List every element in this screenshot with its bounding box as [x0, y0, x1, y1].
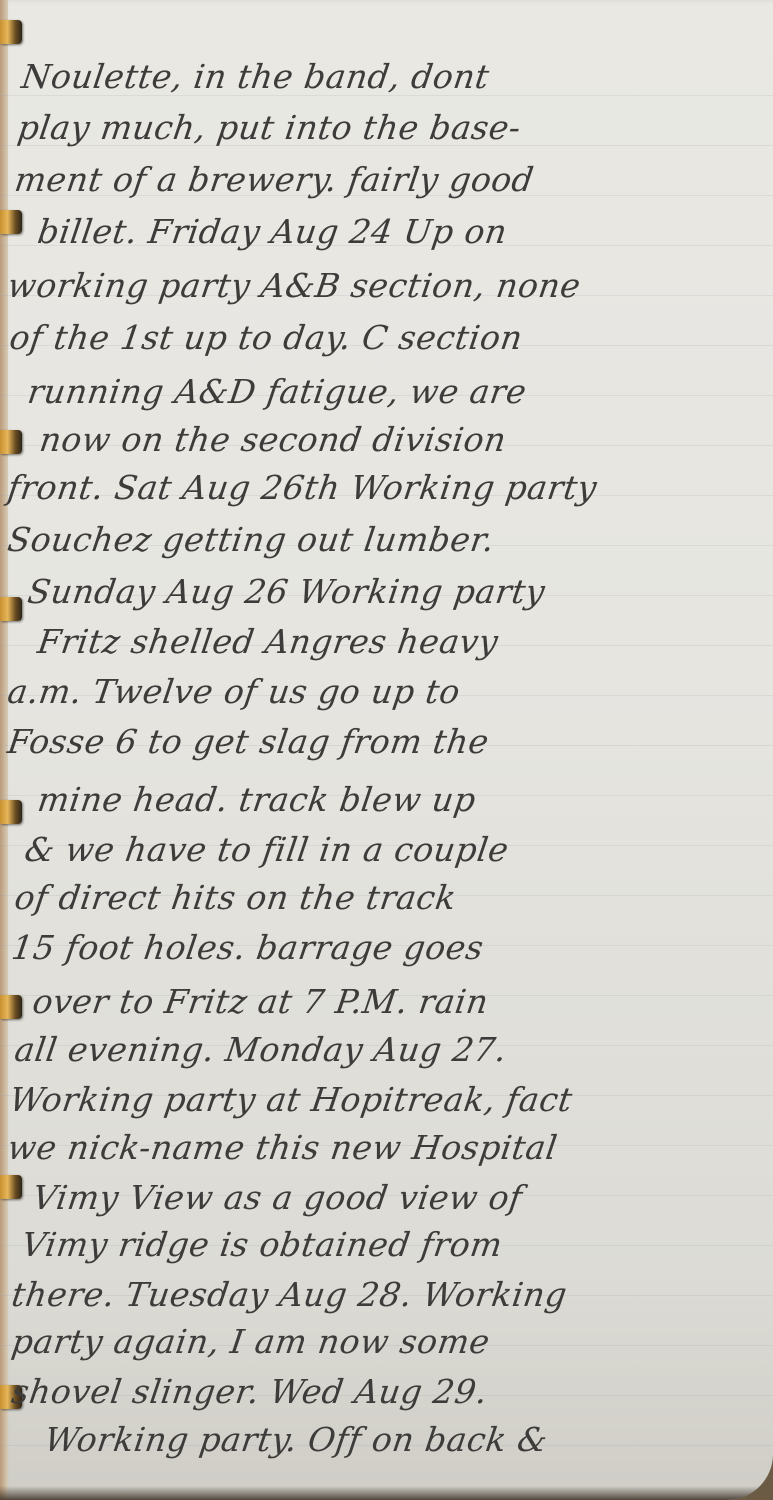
text-line: Sunday Aug 26 Working party — [25, 572, 547, 611]
text-line: working party A&B section, none — [5, 266, 583, 305]
text-line: Fosse 6 to get slag from the — [5, 722, 491, 761]
text-line: running A&D fatigue, we are — [25, 372, 529, 411]
text-line: of the 1st up to day. C section — [7, 318, 525, 357]
text-line: front. Sat Aug 26th Working party — [5, 468, 599, 507]
text-line: over to Fritz at 7 P.M. rain — [30, 982, 491, 1021]
text-line: Vimy View as a good view of — [30, 1178, 525, 1217]
text-line: Working party at Hopitreak, fact — [7, 1080, 575, 1119]
text-line: mine head. track blew up — [35, 780, 478, 819]
text-line: shovel slinger. Wed Aug 29. — [9, 1372, 490, 1411]
text-line: Vimy ridge is obtained from — [19, 1225, 505, 1264]
text-line: there. Tuesday Aug 28. Working — [9, 1275, 569, 1314]
handwritten-text: Noulette, in the band, dont play much, p… — [0, 0, 773, 1500]
text-line: a.m. Twelve of us go up to — [5, 672, 462, 711]
text-line: now on the second division — [37, 420, 509, 459]
text-line: Souchez getting out lumber. — [5, 520, 497, 559]
page-bottom-edge — [0, 1486, 773, 1500]
text-line: play much, put into the base- — [15, 108, 523, 147]
text-line: of direct hits on the track — [12, 878, 459, 917]
text-line: & we have to fill in a couple — [22, 830, 511, 869]
text-line: 15 foot holes. barrage goes — [9, 928, 486, 967]
text-line: party again, I am now some — [9, 1322, 492, 1361]
diary-page: Noulette, in the band, dont play much, p… — [0, 0, 773, 1500]
text-line: billet. Friday Aug 24 Up on — [35, 212, 509, 251]
text-line: ment of a brewery. fairly good — [12, 160, 536, 199]
text-line: Working party. Off on back & — [42, 1420, 550, 1459]
text-line: Fritz shelled Angres heavy — [35, 622, 500, 661]
text-line: Noulette, in the band, dont — [19, 57, 492, 96]
text-line: we nick-name this new Hospital — [5, 1128, 560, 1167]
text-line: all evening. Monday Aug 27. — [12, 1030, 509, 1069]
